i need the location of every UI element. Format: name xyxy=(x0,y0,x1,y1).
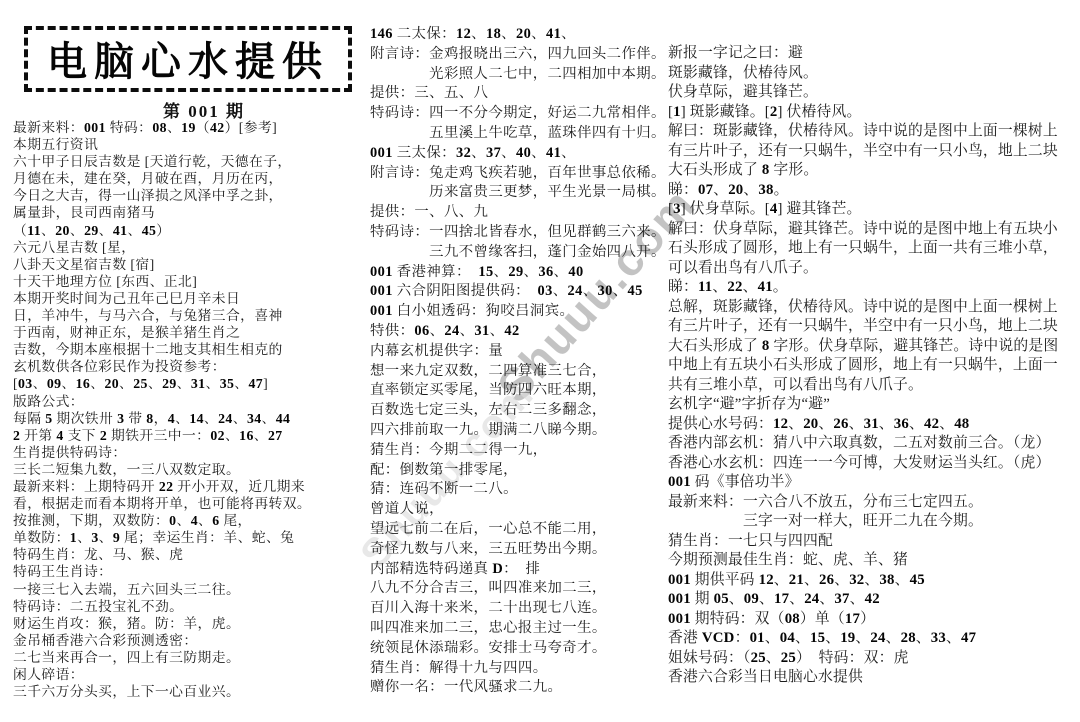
text-line: 本期开奖时间为己丑年己巳月辛未日 xyxy=(13,290,363,307)
text-line: 金吊桶香港六合彩预测透密： xyxy=(13,632,363,649)
text-line: 001 期 05、09、17、24、37、42 xyxy=(668,590,1073,610)
text-line: 特码诗：四一不分今期定，好运二九常相伴。 xyxy=(370,104,670,124)
text-line: 望远七前二在后，一心总不能二用， xyxy=(370,520,670,540)
text-line: 斑影藏锋，伏椿待风。 xyxy=(668,64,1073,84)
text-line: 伏身草际，避其锋芒。 xyxy=(668,83,1073,103)
text-line: 十天干地理方位 [东西、正北] xyxy=(13,273,363,290)
right-column: 新报一字记之曰：避斑影藏锋，伏椿待风。伏身草际，避其锋芒。[1] 斑影藏锋。[2… xyxy=(668,44,1073,688)
page-title: 电脑心水提供 xyxy=(47,30,329,87)
text-line: 内幕玄机提供字：量 xyxy=(370,342,670,362)
text-line: 最新来料：001 特码：08、19（42）[参考] xyxy=(13,119,363,136)
text-line: 最新来料：上期特码开 22 开小开双，近几期来 xyxy=(13,478,363,495)
text-line: 曾道人说， xyxy=(370,500,670,520)
text-line: 香港 VCD：01、04、15、19、24、28、33、47 xyxy=(668,629,1073,649)
text-line: 生肖提供特码诗： xyxy=(13,444,363,461)
text-line: 玄机字“避”字折存为“避” xyxy=(668,395,1073,415)
text-line: 新报一字记之曰：避 xyxy=(668,44,1073,64)
text-line: 按推测，下期，双数防：0、4、6 尾， xyxy=(13,512,363,529)
text-line: 赠你一名：一代风骚求二九。 xyxy=(370,678,670,698)
text-line: 今期预测最佳生肖：蛇、虎、羊、猪 xyxy=(668,551,1073,571)
middle-column: 146 二太保：12、18、20、41、附言诗：金鸡报晓出三六，四九回头二作伴。… xyxy=(370,25,670,698)
text-line: 三千六万分头买，上下一心百业兴。 xyxy=(13,683,363,700)
text-line: 001 期供平码 12、21、26、32、38、45 xyxy=(668,571,1073,591)
text-line: 猜：连码不断一二八。 xyxy=(370,480,670,500)
text-line: 有三片叶子，还有一只蜗牛，半空中有一只小鸟，地上二块 xyxy=(668,317,1073,337)
text-line: 睇：11、22、41。 xyxy=(668,278,1073,298)
text-line: 版路公式： xyxy=(13,393,363,410)
text-line: 月德在未，建在癸，月破在酉，月历在丙， xyxy=(13,170,363,187)
text-line: 石头形成了圆形，地上有一只蜗牛，上面一共有三堆小草， xyxy=(668,239,1073,259)
text-line: 内部精选特码递真 D： 排 xyxy=(370,560,670,580)
text-line: 睇：07、20、38。 xyxy=(668,181,1073,201)
text-line: 闲人碎语： xyxy=(13,666,363,683)
text-line: 特码王生肖诗： xyxy=(13,563,363,580)
text-line: 香港六合彩当日电脑心水提供 xyxy=(668,668,1073,688)
text-line: 单数防：1、3、9 尾；幸运生肖：羊、蛇、兔 xyxy=(13,529,363,546)
text-line: 特供：06、24、31、42 xyxy=(370,322,670,342)
text-line: 猜生肖：今期二二得一九， xyxy=(370,441,670,461)
text-line: 三长二短集九数，一三八双数定取。 xyxy=(13,461,363,478)
text-line: 大石头形成了 8 字形。伏身草际，避其锋芒。诗中说的是图 xyxy=(668,337,1073,357)
text-line: 中地上有五块小石头形成了圆形，地上有一只蜗牛，上面一 xyxy=(668,356,1073,376)
text-line: 八卦天文星宿吉数 [宿] xyxy=(13,256,363,273)
text-line: 猜生肖：一七只与四四配 xyxy=(668,532,1073,552)
text-line: 可以看出鸟有八爪子。 xyxy=(668,259,1073,279)
text-line: 001 六合阴阳图提供码： 03、24、30、45 xyxy=(370,282,670,302)
text-line: 看，根据走而看本期将开单，也可能将再转双。 xyxy=(13,495,363,512)
text-line: 属量卦，艮司西南猪马 xyxy=(13,204,363,221)
text-line: 叫四准来加二三，忠心报主过一生。 xyxy=(370,619,670,639)
text-line: 解曰：斑影藏锋，伏椿待风。诗中说的是图中上面一棵树上 xyxy=(668,122,1073,142)
text-line: [1] 斑影藏锋。[2] 伏椿待风。 xyxy=(668,103,1073,123)
text-line: 146 二太保：12、18、20、41、 xyxy=(370,25,670,45)
text-line: 姐妹号码：（25、25） 特码：双：虎 xyxy=(668,649,1073,669)
text-line: 今日之大吉，得一山泽损之风泽中孚之卦， xyxy=(13,187,363,204)
text-line: 香港心水玄机：四连一一今可博，大发财运当头红。（虎） xyxy=(668,454,1073,474)
text-line: 奇怪九数与八来，三五旺势出今期。 xyxy=(370,540,670,560)
text-line: 配：倒数第一排零尾， xyxy=(370,461,670,481)
text-line: 百数选七定三头，左右二三多翻念， xyxy=(370,401,670,421)
text-line: 历来富贵三更梦，平生光景一局棋。 xyxy=(370,183,670,203)
text-line: 001 期特码：双（08）单（17） xyxy=(668,610,1073,630)
text-line: 四六排前取一九。期满二八睇今期。 xyxy=(370,421,670,441)
text-line: 总解，斑影藏锋，伏椿待风。诗中说的是图中上面一棵树上 xyxy=(668,298,1073,318)
text-line: [03、09、16、20、25、29、31、35、47] xyxy=(13,375,363,392)
text-line: 提供：三、五、八 xyxy=(370,84,670,104)
text-line: （11、20、29、41、45） xyxy=(13,222,363,239)
text-line: 五里溪上牛吃草，蓝珠伴四有十归。 xyxy=(370,124,670,144)
text-line: 玄机数供各位彩民作为投资参考： xyxy=(13,358,363,375)
text-line: 二七当来再合一，四上有三防期走。 xyxy=(13,649,363,666)
text-line: 猜生肖：解得十九与四四。 xyxy=(370,659,670,679)
text-line: 001 三太保：32、37、40、41、 xyxy=(370,144,670,164)
text-line: 附言诗：兔走鸡飞疾若驰，百年世事总依稀。 xyxy=(370,164,670,184)
text-line: 有三片叶子，还有一只蜗牛，半空中有一只小鸟，地上二块 xyxy=(668,142,1073,162)
text-line: 于西南，财神正东，是猴羊猪生肖之 xyxy=(13,324,363,341)
text-line: 六十甲子日辰吉数是 [天道行乾，天德在子， xyxy=(13,153,363,170)
text-line: 特码诗：一四捨北皆春水，但见群鹤三六来。 xyxy=(370,223,670,243)
text-line: 附言诗：金鸡报晓出三六，四九回头二作伴。 xyxy=(370,45,670,65)
text-line: 三九不曾缘客扫，蓬门金始四八开。 xyxy=(370,243,670,263)
text-line: 解曰：伏身草际，避其锋芒。诗中说的是图中地上有五块小 xyxy=(668,220,1073,240)
text-line: 香港内部玄机：猜八中六取真数，二五对数前三合。（龙） xyxy=(668,434,1073,454)
text-line: 本期五行资讯 xyxy=(13,136,363,153)
text-line: 特码诗：二五投宝礼不劲。 xyxy=(13,598,363,615)
text-line: 001 白小姐透码：狗咬吕洞宾。 xyxy=(370,302,670,322)
text-line: 想一来九定双数，二四算准三七合， xyxy=(370,362,670,382)
text-line: 吉数，今期本座根据十二地支其相生相克的 xyxy=(13,341,363,358)
text-line: 特码生肖：龙、马、猴、虎 xyxy=(13,546,363,563)
left-column: 最新来料：001 特码：08、19（42）[参考]本期五行资讯六十甲子日辰吉数是… xyxy=(13,119,363,700)
text-line: 光彩照人二七中，二四相加中本期。 xyxy=(370,65,670,85)
text-line: 共有三堆小草，可以看出鸟有八爪子。 xyxy=(668,376,1073,396)
text-line: 2 开第 4 支下 2 期铁开三中一：02、16、27 xyxy=(13,427,363,444)
text-line: 提供心水号码：12、20、26、31、36、42、48 xyxy=(668,415,1073,435)
text-line: 一接三七入去端，五六回头三二往。 xyxy=(13,581,363,598)
text-line: 日，羊冲牛，与马六合，与兔猪三合，喜神 xyxy=(13,307,363,324)
text-line: 财运生肖攻：猴，猪。防：羊，虎。 xyxy=(13,615,363,632)
text-line: 统领昆休添瑞彩。安排士马夸奇才。 xyxy=(370,639,670,659)
text-line: 001 码《事倍功半》 xyxy=(668,473,1073,493)
text-line: 八九不分合吉三，叫四准来加二三， xyxy=(370,579,670,599)
text-line: 大石头形成了 8 字形。 xyxy=(668,161,1073,181)
text-line: 直率锁定买零尾，当防四六旺本期， xyxy=(370,381,670,401)
text-line: 提供：一、八、九 xyxy=(370,203,670,223)
masthead-dashed-box: 电脑心水提供 xyxy=(24,26,352,92)
text-line: 百川入海十来米，二十出现七八连。 xyxy=(370,599,670,619)
text-line: 最新来料：一六合八不放五，分布三七定四五。 xyxy=(668,493,1073,513)
text-line: 001 香港神算： 15、29、36、40 xyxy=(370,263,670,283)
text-line: 三字一对一样大，旺开二九在今期。 xyxy=(668,512,1073,532)
text-line: 六元八星吉数 [星， xyxy=(13,239,363,256)
text-line: [3] 伏身草际。[4] 避其锋芒。 xyxy=(668,200,1073,220)
lottery-tip-sheet: Shuuu.com Shuuu.com 电脑心水提供 第 001 期 最新来料：… xyxy=(0,0,1080,722)
text-line: 每隔 5 期次铁卅 3 带 8，4、14、24、34、44 xyxy=(13,410,363,427)
